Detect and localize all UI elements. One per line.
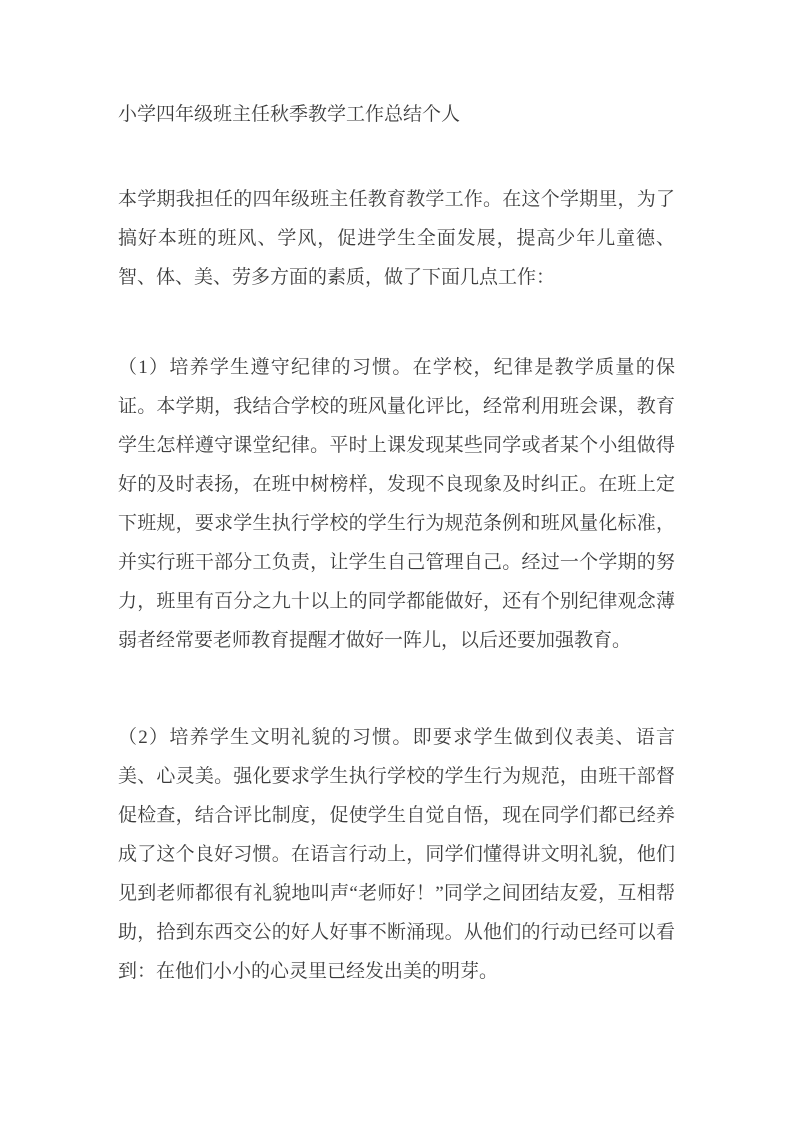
paragraph-point-1: （1）培养学生遵守纪律的习惯。在学校，纪律是教学质量的保证。本学期，我结合学校的… xyxy=(118,348,675,660)
document-title: 小学四年级班主任秋季教学工作总结个人 xyxy=(118,95,675,134)
paragraph-intro: 本学期我担任的四年级班主任教育教学工作。在这个学期里，为了搞好本班的班风、学风，… xyxy=(118,180,675,297)
document-page: 小学四年级班主任秋季教学工作总结个人 本学期我担任的四年级班主任教育教学工作。在… xyxy=(0,0,793,1122)
paragraph-point-2: （2）培养学生文明礼貌的习惯。即要求学生做到仪表美、语言美、心灵美。强化要求学生… xyxy=(118,718,675,991)
